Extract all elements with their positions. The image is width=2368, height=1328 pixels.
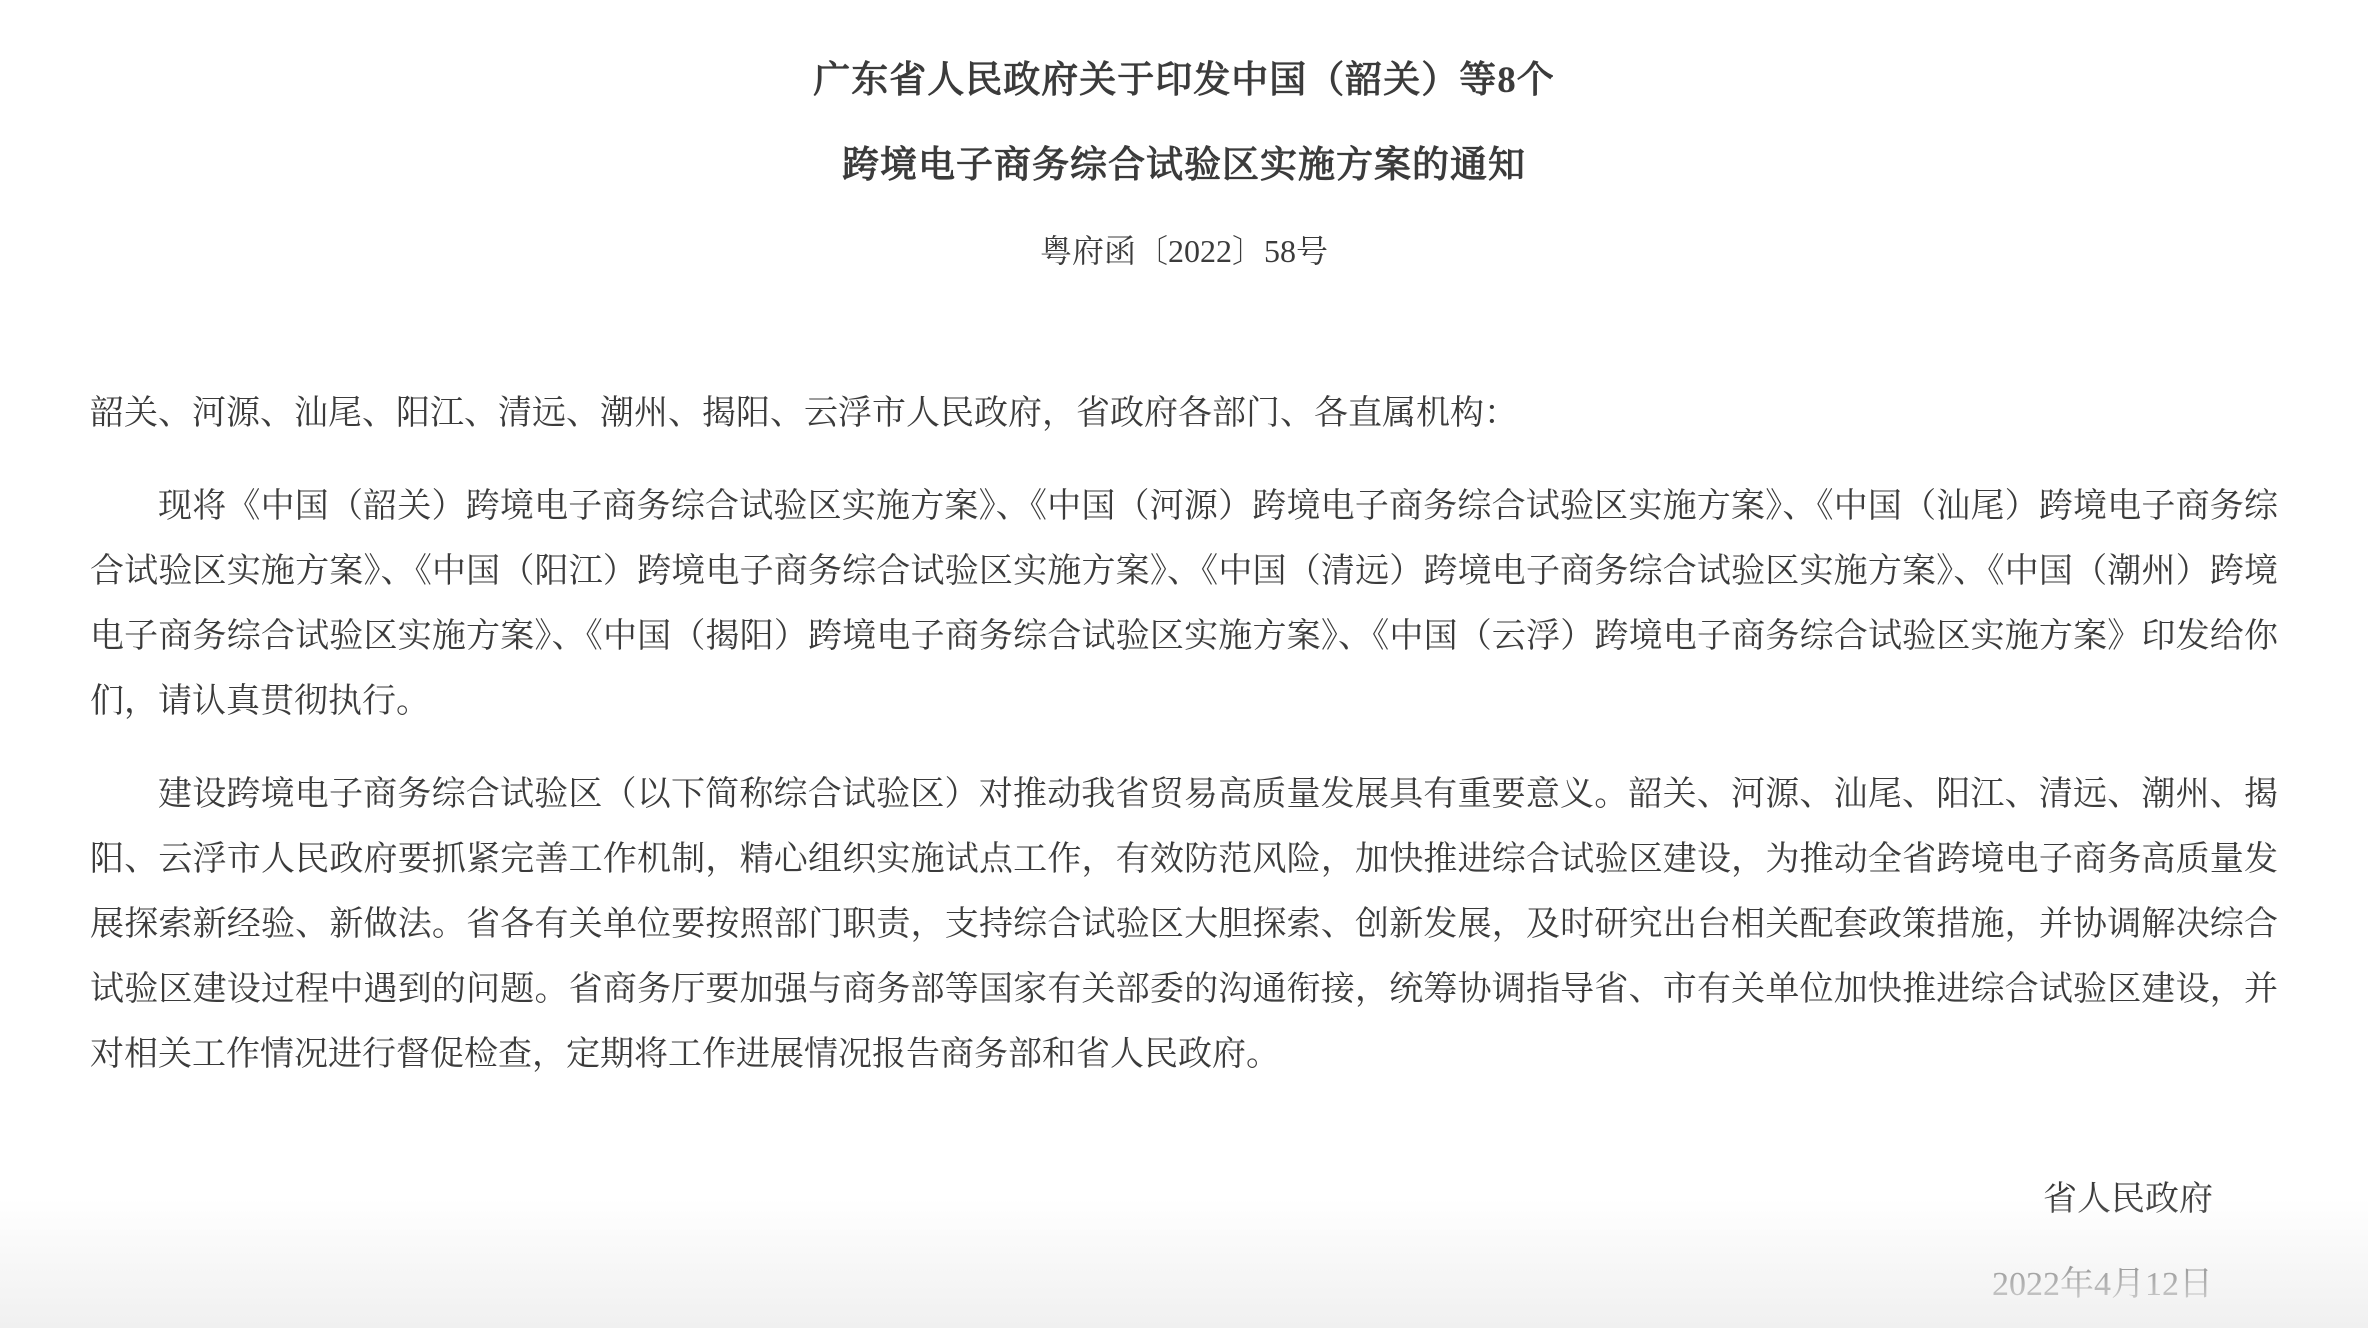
document-title-line1: 广东省人民政府关于印发中国（韶关）等8个 — [90, 38, 2278, 123]
signature-issuer: 省人民政府 — [90, 1167, 2213, 1232]
signature-date: 2022年4月12日 — [90, 1252, 2213, 1317]
body-paragraph-2: 建设跨境电子商务综合试验区（以下简称综合试验区）对推动我省贸易高质量发展具有重要… — [90, 762, 2278, 1087]
document-body: 韶关、河源、汕尾、阳江、清远、潮州、揭阳、云浮市人民政府，省政府各部门、各直属机… — [90, 381, 2278, 1087]
document-title-line2: 跨境电子商务综合试验区实施方案的通知 — [90, 123, 2278, 208]
document-number: 粤府函〔2022〕58号 — [90, 208, 2278, 295]
body-paragraph-1: 现将《中国（韶关）跨境电子商务综合试验区实施方案》、《中国（河源）跨境电子商务综… — [90, 474, 2278, 734]
signature-block: 省人民政府 2022年4月12日 — [90, 1167, 2278, 1317]
document-viewport: { "document": { "title_line1": "广东省人民政府关… — [0, 0, 2368, 1328]
salutation-line: 韶关、河源、汕尾、阳江、清远、潮州、揭阳、云浮市人民政府，省政府各部门、各直属机… — [90, 381, 2278, 446]
document-page: 广东省人民政府关于印发中国（韶关）等8个 跨境电子商务综合试验区实施方案的通知 … — [0, 0, 2368, 1328]
